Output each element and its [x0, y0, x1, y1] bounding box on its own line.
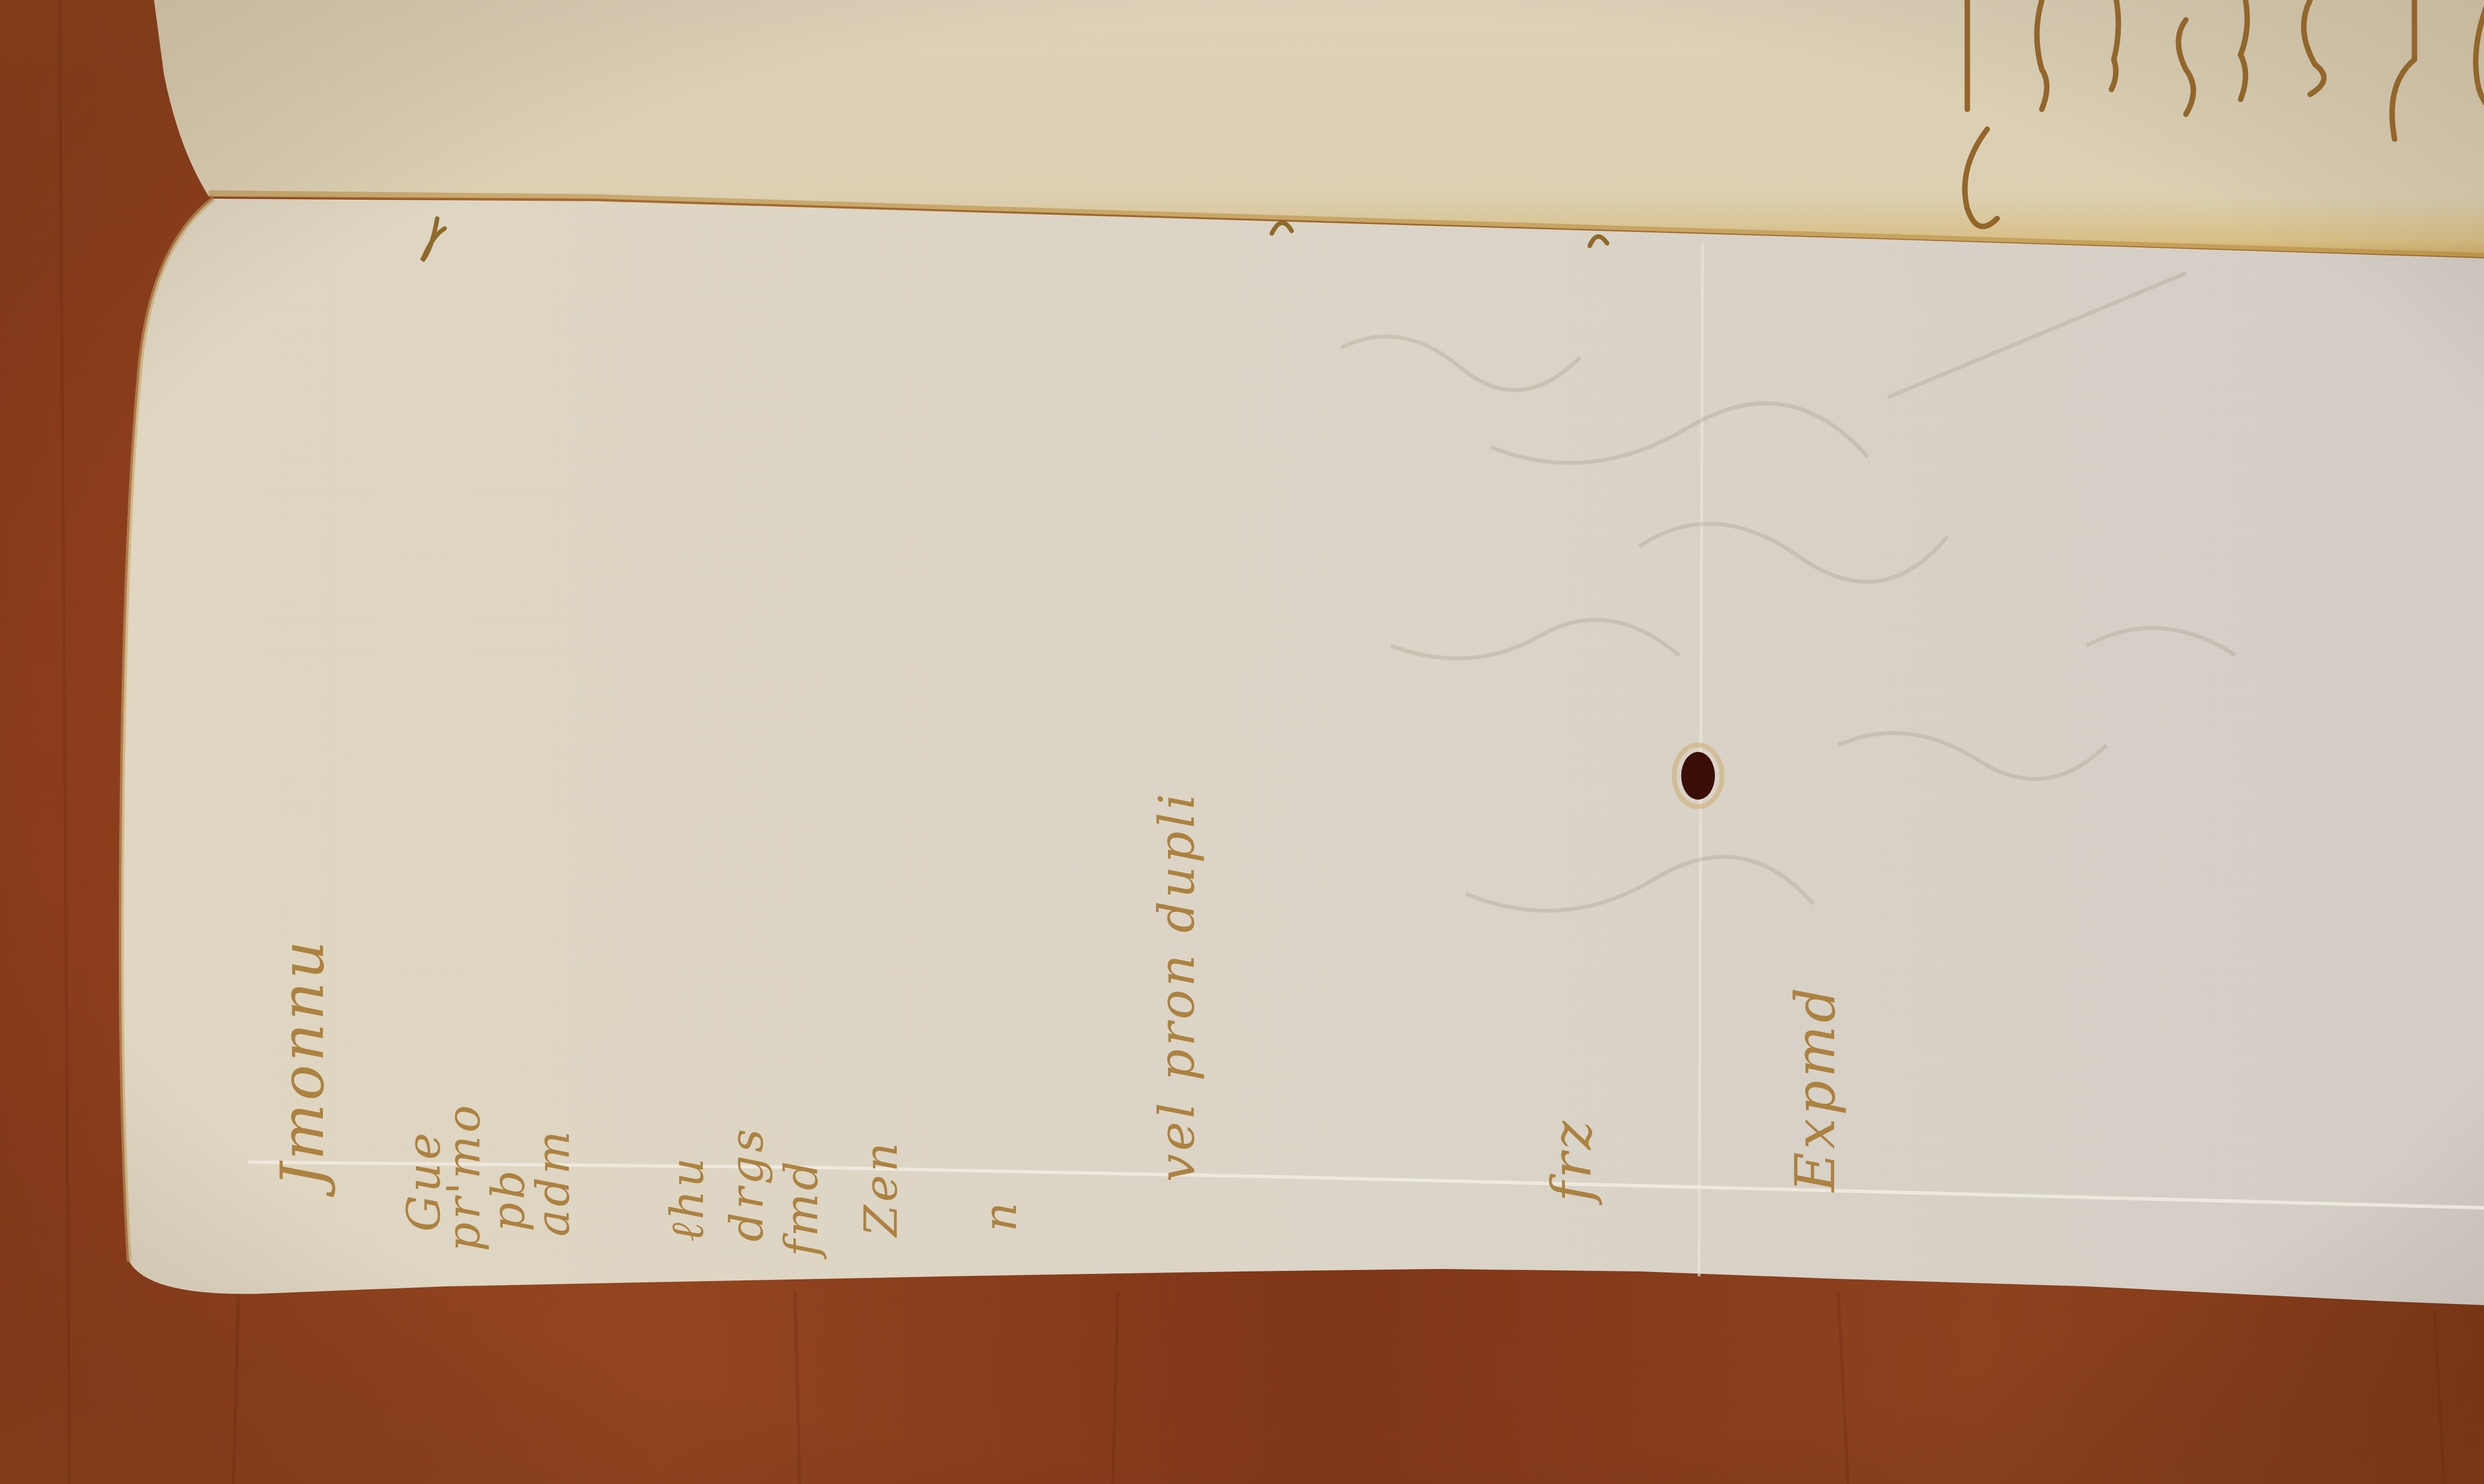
- address-line-1: Jmonnu: [268, 938, 337, 1187]
- note-expmd: Expmd: [1784, 985, 1847, 1192]
- paper-hole: [1681, 752, 1715, 800]
- vignette: [0, 0, 2484, 1484]
- manuscript-photo: Jmonnu Gue pr'mo pb adm ℓhu drgs fmd Zen…: [0, 0, 2484, 1484]
- docket-line: vel pron dupli: [1148, 791, 1206, 1182]
- address-line-8: fmd: [775, 1158, 828, 1257]
- address-line-6: ℓhu: [661, 1155, 714, 1242]
- note-frz: frz: [1540, 1118, 1604, 1202]
- address-line-9: Zen: [854, 1139, 908, 1237]
- address-line-7: drgs: [720, 1126, 774, 1242]
- address-line-10: n: [974, 1199, 1027, 1232]
- photo-canvas: [0, 0, 2484, 1484]
- address-line-5: adm: [527, 1128, 580, 1237]
